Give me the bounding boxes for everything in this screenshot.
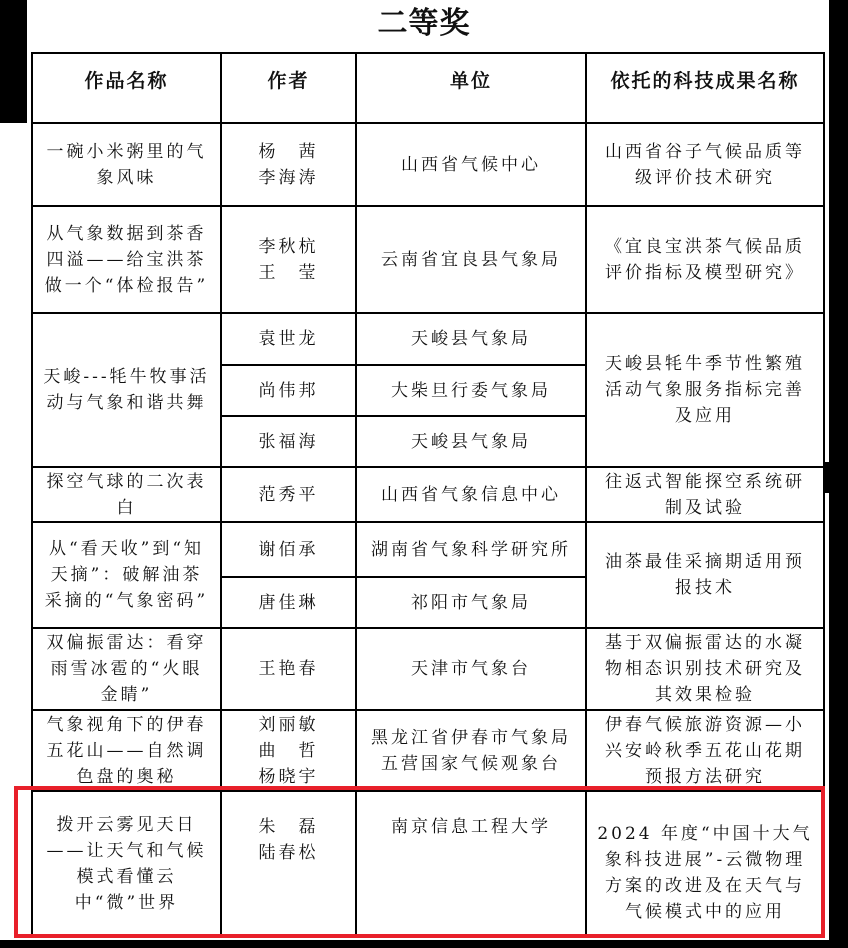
table-row-highlighted: 拨开云雾见天日——让天气和气候模式看懂云中“微”世界 朱 磊 陆春松 南京信息工… — [32, 791, 824, 937]
table-row: 一碗小米粥里的气象风味 杨 茜 李海涛 山西省气候中心 山西省谷子气候品质等级评… — [32, 123, 824, 206]
cell-authors: 刘丽敏 曲 哲 杨晓宇 — [221, 710, 356, 791]
cell-authors: 李秋杭 王 莹 — [221, 206, 356, 313]
cell-unit: 山西省气候中心 — [356, 123, 586, 206]
cell-unit: 祁阳市气象局 — [356, 577, 586, 628]
cell-achievement: 基于双偏振雷达的水凝物相态识别技术研究及其效果检验 — [586, 628, 824, 710]
table-row: 气象视角下的伊春五花山——自然调色盘的奥秘 刘丽敏 曲 哲 杨晓宇 黑龙江省伊春… — [32, 710, 824, 791]
black-border-bottom — [0, 940, 848, 948]
header-unit: 单位 — [356, 53, 586, 123]
cell-unit: 天峻县气象局 — [356, 416, 586, 467]
header-work-name: 作品名称 — [32, 53, 221, 123]
cell-authors: 王艳春 — [221, 628, 356, 710]
cell-achievement: 天峻县牦牛季节性繁殖活动气象服务指标完善及应用 — [586, 313, 824, 467]
cell-authors: 杨 茜 李海涛 — [221, 123, 356, 206]
cell-author: 唐佳琳 — [221, 577, 356, 628]
cell-achievement: 山西省谷子气候品质等级评价技术研究 — [586, 123, 824, 206]
cell-authors: 范秀平 — [221, 467, 356, 522]
cell-work: 双偏振雷达：看穿雨雪冰雹的“火眼金睛” — [32, 628, 221, 710]
cell-unit: 山西省气象信息中心 — [356, 467, 586, 522]
awards-table: 作品名称 作者 单位 依托的科技成果名称 一碗小米粥里的气象风味 杨 茜 李海涛… — [31, 52, 825, 938]
cell-work: 气象视角下的伊春五花山——自然调色盘的奥秘 — [32, 710, 221, 791]
cell-unit: 南京信息工程大学 — [356, 791, 586, 937]
cell-achievement: 伊春气候旅游资源—小兴安岭秋季五花山花期预报方法研究 — [586, 710, 824, 791]
table-row: 双偏振雷达：看穿雨雪冰雹的“火眼金睛” 王艳春 天津市气象台 基于双偏振雷达的水… — [32, 628, 824, 710]
cell-achievement: 往返式智能探空系统研制及试验 — [586, 467, 824, 522]
header-author: 作者 — [221, 53, 356, 123]
cell-work: 从“看天收”到“知天摘”：破解油茶采摘的“气象密码” — [32, 522, 221, 628]
cell-work: 天峻---牦牛牧事活动与气象和谐共舞 — [32, 313, 221, 467]
cell-achievement: 油茶最佳采摘期适用预报技术 — [586, 522, 824, 628]
cell-work: 拨开云雾见天日——让天气和气候模式看懂云中“微”世界 — [32, 791, 221, 937]
table-row: 从“看天收”到“知天摘”：破解油茶采摘的“气象密码” 谢佰承 湖南省气象科学研究… — [32, 522, 824, 577]
table-row: 天峻---牦牛牧事活动与气象和谐共舞 袁世龙 天峻县气象局 天峻县牦牛季节性繁殖… — [32, 313, 824, 365]
header-achievement: 依托的科技成果名称 — [586, 53, 824, 123]
table-header-row: 作品名称 作者 单位 依托的科技成果名称 — [32, 53, 824, 123]
page-title: 二等奖 — [0, 2, 848, 46]
cell-authors: 朱 磊 陆春松 — [221, 791, 356, 937]
cell-work: 从气象数据到茶香四溢——给宝洪茶做一个“体检报告” — [32, 206, 221, 313]
cell-author: 谢佰承 — [221, 522, 356, 577]
cell-achievement: 2024 年度“中国十大气象科技进展”-云微物理方案的改进及在天气与气候模式中的… — [586, 791, 824, 937]
black-border-right — [829, 0, 848, 948]
cell-author: 袁世龙 — [221, 313, 356, 365]
cell-author: 张福海 — [221, 416, 356, 467]
cell-unit: 黑龙江省伊春市气象局 五营国家气候观象台 — [356, 710, 586, 791]
cell-achievement: 《宜良宝洪茶气候品质评价指标及模型研究》 — [586, 206, 824, 313]
table-row: 从气象数据到茶香四溢——给宝洪茶做一个“体检报告” 李秋杭 王 莹 云南省宜良县… — [32, 206, 824, 313]
table-row: 探空气球的二次表白 范秀平 山西省气象信息中心 往返式智能探空系统研制及试验 — [32, 467, 824, 522]
cell-work: 探空气球的二次表白 — [32, 467, 221, 522]
cell-work: 一碗小米粥里的气象风味 — [32, 123, 221, 206]
cell-unit: 天津市气象台 — [356, 628, 586, 710]
cell-unit: 湖南省气象科学研究所 — [356, 522, 586, 577]
cell-unit: 云南省宜良县气象局 — [356, 206, 586, 313]
cell-unit: 大柴旦行委气象局 — [356, 365, 586, 416]
cell-author: 尚伟邦 — [221, 365, 356, 416]
cell-unit: 天峻县气象局 — [356, 313, 586, 365]
